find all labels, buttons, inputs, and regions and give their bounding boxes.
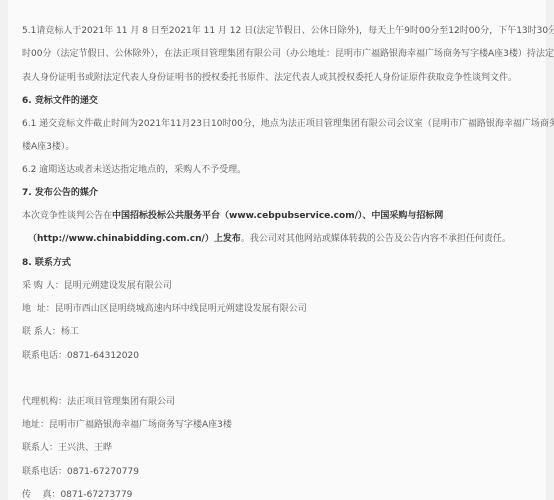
section5-line3: 表人身份证明书或附法定代表人身份证明书的授权委托书原件、法定代表人或其授权委托人… xyxy=(22,73,517,84)
purchaser-name: 采 购 人：昆明元朔建设发展有限公司 xyxy=(22,281,172,292)
section6-item2: 6.2 逾期送达或者未送达指定地点的，采购人不予受理。 xyxy=(22,165,246,176)
section6-heading: 6. 竞标文件的递交 xyxy=(22,96,98,107)
agency-phone: 联系电话：0871-67270779 xyxy=(22,467,139,478)
section7-line2-suffix: 。我公司对其他网站或媒体转载的公告及公告内容不承担任何责任。 xyxy=(241,234,511,244)
section8-heading: 8. 联系方式 xyxy=(22,258,71,269)
agency-fax: 传 真：0871-67273779 xyxy=(22,490,132,500)
document-panel: 5. 获取谈判文件 5.1请竞标人于2021年 11 月 8 日至2021年 1… xyxy=(8,0,546,500)
agency-name: 代理机构：法正项目管理集团有限公司 xyxy=(22,397,175,408)
purchaser-contact: 联 系人：杨工 xyxy=(22,327,79,338)
section7-line2: （http://www.chinabidding.com.cn/）上发布。我公司… xyxy=(28,234,511,245)
section7-heading: 7. 发布公告的媒介 xyxy=(22,188,98,199)
agency-contact: 联系人：王兴洪、王晔 xyxy=(22,443,112,454)
section7-line1-prefix: 本次竞争性谈判公告在 xyxy=(22,211,112,221)
section7-line1: 本次竞争性谈判公告在中国招标投标公共服务平台（www.cebpubservice… xyxy=(22,211,443,222)
purchaser-address: 地 址：昆明市西山区昆明绕城高速内环中线昆明元朔建设发展有限公司 xyxy=(22,304,307,315)
section5-line2: 时00分（法定节假日、公休除外），在法正项目管理集团有限公司（办公地址：昆明市广… xyxy=(22,49,554,60)
purchaser-phone: 联系电话：0871-64312020 xyxy=(22,351,139,362)
agency-address: 地址：昆明市广福路银海幸福广场商务写字楼A座3楼 xyxy=(22,420,232,431)
chinabidding-link[interactable]: （http://www.chinabidding.com.cn/）上发布 xyxy=(28,234,241,244)
media-platforms-link[interactable]: 中国招标投标公共服务平台（www.cebpubservice.com/）、中国采… xyxy=(112,211,443,221)
partial-heading-top: 5. 获取谈判文件 xyxy=(22,0,89,1)
section6-item1-line1: 6.1 递交竞标文件截止时间为2021年11月23日10时00分，地点为法正项目… xyxy=(22,119,554,130)
section5-line1: 5.1请竞标人于2021年 11 月 8 日至2021年 11 月 12 日(法… xyxy=(22,26,554,37)
section6-item1-line2: 楼A座3楼）。 xyxy=(22,142,74,153)
